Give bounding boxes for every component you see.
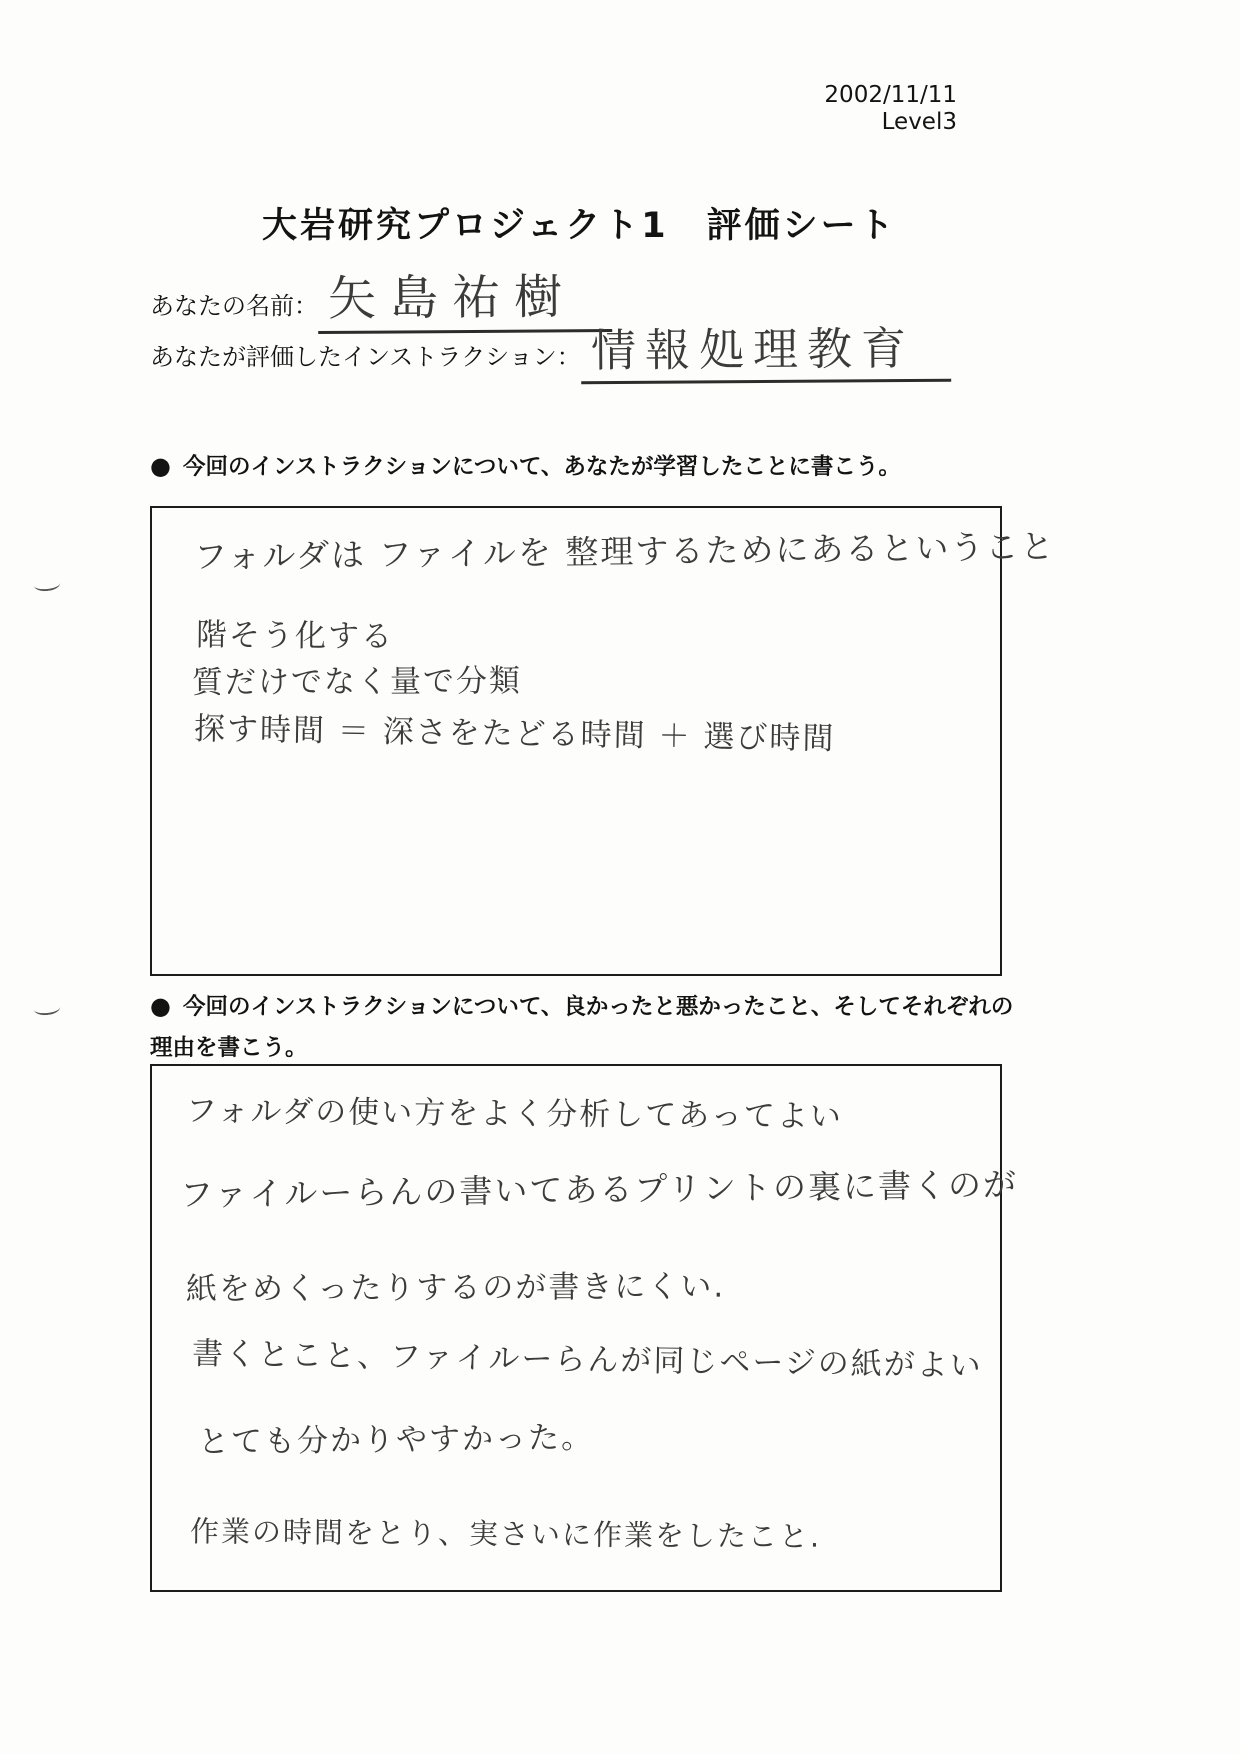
pen-mark bbox=[33, 1001, 60, 1017]
bullet-icon: ● bbox=[150, 992, 171, 1020]
section-1-prompt: ●今回のインストラクションについて、あなたが学習したことに書こう。 bbox=[150, 446, 1018, 488]
handwritten-line: フォルダは ファイルを 整理するためにあるということ bbox=[194, 525, 1056, 580]
answer-box-good-bad: フォルダの使い方をよく分析してあってよい ファイルーらんの書いてあるプリントの裏… bbox=[150, 1064, 1002, 1592]
document-date: 2002/11/11 bbox=[824, 82, 957, 109]
handwritten-line: とても分かりやすかった。 bbox=[198, 1416, 595, 1465]
instruction-label: あなたが評価したインストラクション： bbox=[150, 337, 581, 372]
document-level: Level3 bbox=[824, 109, 957, 136]
instruction-field-row: あなたが評価したインストラクション： 情報処理教育 bbox=[150, 322, 951, 383]
section-2-prompt: ●今回のインストラクションについて、良かったと悪かったこと、そしてそれぞれの理由… bbox=[150, 986, 1018, 1069]
page-title: 大岩研究プロジェクト1 評価シート bbox=[262, 198, 897, 248]
handwritten-line: フォルダの使い方をよく分析してあってよい bbox=[186, 1089, 843, 1139]
section-2-prompt-text: 今回のインストラクションについて、良かったと悪かったこと、そしてそれぞれの理由を… bbox=[150, 994, 1013, 1061]
handwritten-instruction-value: 情報処理教育 bbox=[581, 321, 951, 385]
handwritten-line: 書くとこと、ファイルーらんが同じページの紙がよい bbox=[192, 1332, 983, 1388]
pen-mark bbox=[33, 577, 60, 593]
document-header: 2002/11/11 Level3 bbox=[824, 82, 957, 136]
answer-box-learned: フォルダは ファイルを 整理するためにあるということ 階そう化する 質だけでなく… bbox=[150, 506, 1002, 976]
name-label: あなたの名前： bbox=[150, 286, 318, 321]
section-1-prompt-text: 今回のインストラクションについて、あなたが学習したことに書こう。 bbox=[183, 454, 901, 480]
handwritten-line: 質だけでなく量で分類 bbox=[192, 659, 522, 705]
scanned-evaluation-sheet: 2002/11/11 Level3 大岩研究プロジェクト1 評価シート あなたの… bbox=[0, 0, 1240, 1754]
handwritten-line: ファイルーらんの書いてあるプリントの裏に書くのが bbox=[180, 1163, 1019, 1217]
handwritten-line: 階そう化する bbox=[196, 613, 394, 659]
bullet-icon: ● bbox=[150, 452, 171, 480]
handwritten-line: 作業の時間をとり、実さいに作業をしたこと. bbox=[190, 1509, 822, 1559]
handwritten-line: 紙をめくったりするのが書きにくい. bbox=[186, 1265, 725, 1312]
handwritten-line: 探す時間 ＝ 深さをたどる時間 ＋ 選び時間 bbox=[194, 707, 836, 761]
